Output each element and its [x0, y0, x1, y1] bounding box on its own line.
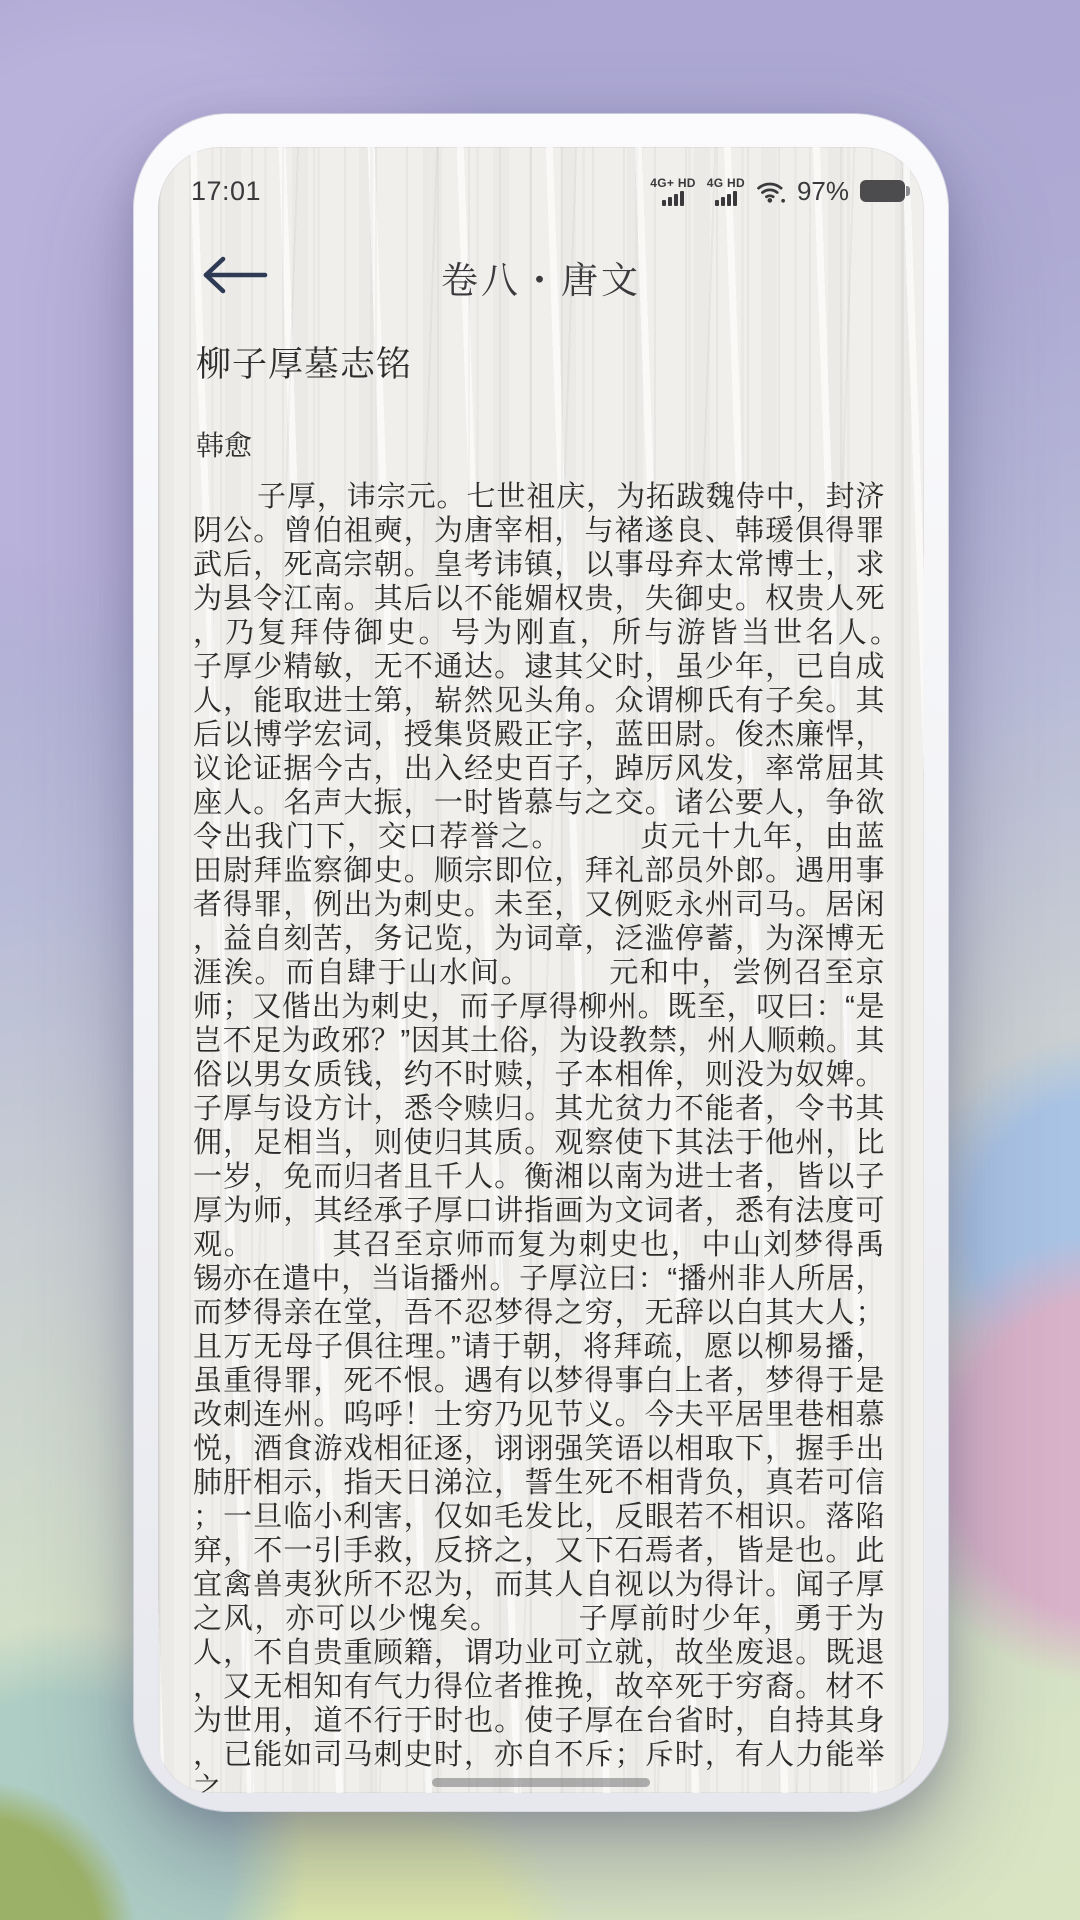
- wifi-icon: [756, 179, 786, 204]
- signal-bars-icon: [662, 191, 684, 206]
- phone-frame: 17:01 4G+ HD 4G HD: [133, 113, 949, 1812]
- battery-percent-label: 97%: [797, 176, 849, 207]
- status-time: 17:01: [191, 176, 261, 207]
- reader-body-text[interactable]: 子厚，讳宗元。七世祖庆，为拓跋魏侍中，封济阴公。曾伯祖奭，为唐宰相，与褚遂良、韩…: [193, 480, 885, 1793]
- network-type-label: 4G HD: [707, 177, 745, 189]
- phone-screen: 17:01 4G+ HD 4G HD: [158, 147, 924, 1793]
- battery-icon: [860, 180, 905, 202]
- signal-group-1: 4G+ HD: [650, 177, 695, 206]
- status-bar: 17:01 4G+ HD 4G HD: [158, 169, 924, 213]
- chapter-title: 卷八・唐文: [158, 250, 924, 304]
- reader-header: 卷八・唐文: [158, 242, 924, 306]
- signal-group-2: 4G HD: [707, 177, 745, 206]
- network-type-label: 4G+ HD: [650, 177, 695, 189]
- home-indicator-bar[interactable]: [432, 1778, 650, 1787]
- page-background: 17:01 4G+ HD 4G HD: [0, 0, 1080, 1920]
- signal-bars-icon: [715, 191, 737, 206]
- status-icons: 4G+ HD 4G HD: [650, 176, 905, 207]
- article-title: 柳子厚墓志铭: [196, 337, 412, 387]
- article-author: 韩愈: [196, 424, 252, 464]
